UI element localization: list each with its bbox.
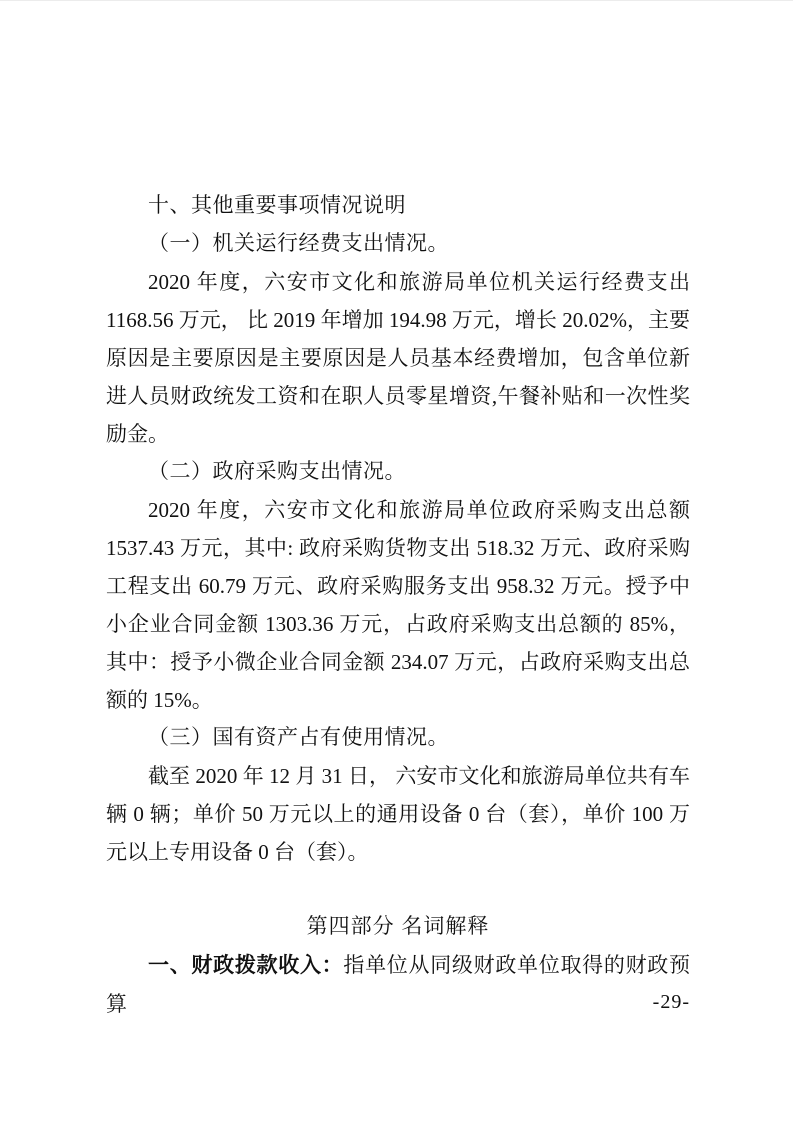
- term-definition-paragraph: 一、财政拨款收入：指单位从同级财政单位取得的财政预算: [106, 946, 690, 1023]
- paragraph-government-procurement: 2020 年度，六安市文化和旅游局单位政府采购支出总额 1537.43 万元，其…: [106, 491, 690, 719]
- term-label-fiscal-appropriation-income: 一、财政拨款收入：: [148, 954, 343, 977]
- subheading-agency-operating-expenses: （一）机关运行经费支出情况。: [106, 225, 690, 263]
- paragraph-agency-operating-expenses: 2020 年度，六安市文化和旅游局单位机关运行经费支出 1168.56 万元， …: [106, 263, 690, 453]
- document-page: 十、其他重要事项情况说明 （一）机关运行经费支出情况。 2020 年度，六安市文…: [0, 0, 793, 1123]
- section-heading-other-important-items: 十、其他重要事项情况说明: [106, 187, 690, 225]
- subheading-government-procurement: （二）政府采购支出情况。: [106, 453, 690, 491]
- page-content: 十、其他重要事项情况说明 （一）机关运行经费支出情况。 2020 年度，六安市文…: [106, 187, 690, 1023]
- subheading-state-owned-assets: （三）国有资产占有使用情况。: [106, 719, 690, 757]
- part-four-title: 第四部分 名词解释: [106, 908, 690, 946]
- paragraph-state-owned-assets: 截至 2020 年 12 月 31 日， 六安市文化和旅游局单位共有车辆 0 辆…: [106, 757, 690, 871]
- page-number: -29-: [653, 991, 690, 1014]
